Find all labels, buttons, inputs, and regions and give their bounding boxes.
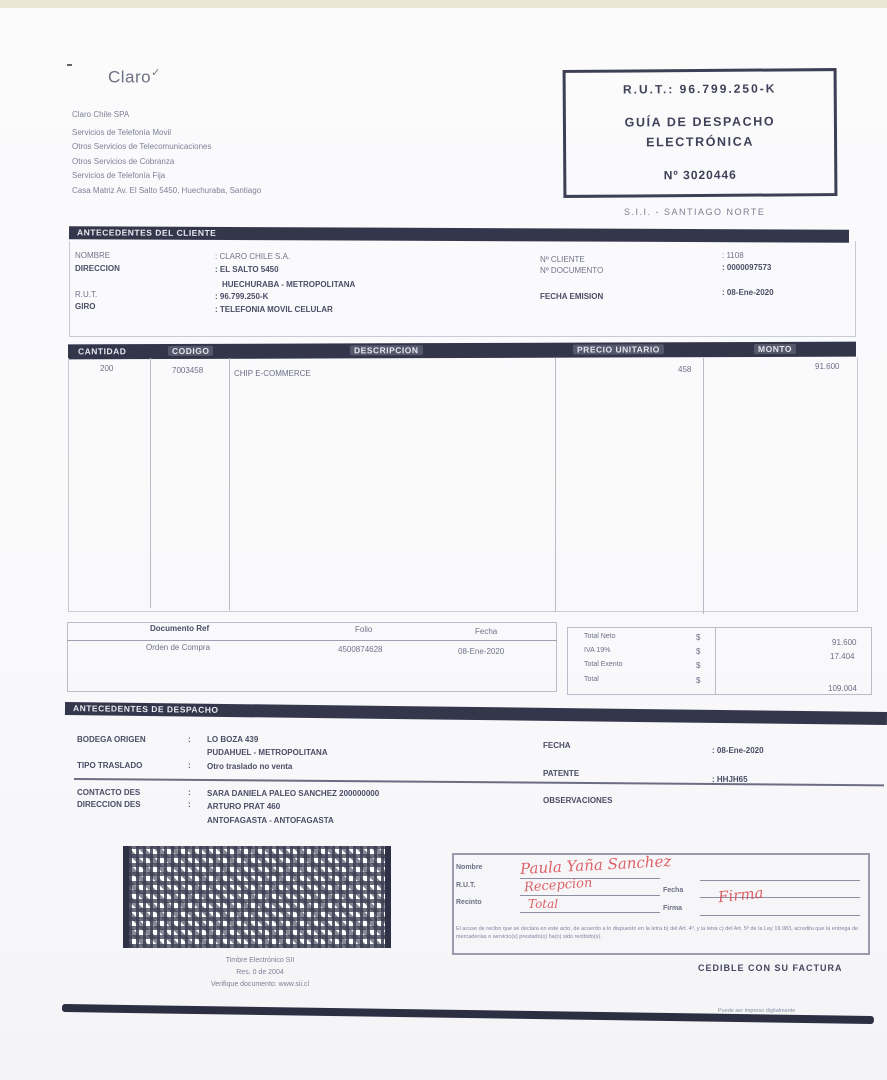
col-divider: [229, 358, 230, 610]
ref-col-fecha: Fecha: [475, 627, 497, 636]
footer-bar: [62, 1004, 874, 1024]
field-underline: [520, 912, 660, 913]
col-cantidad: CANTIDAD: [78, 346, 126, 356]
company-line: Otros Servicios de Telecomunicaciones: [72, 140, 261, 155]
dispatch-divider: [74, 778, 884, 786]
label-fecha-receptor: Fecha: [663, 887, 683, 894]
currency-sign: $: [696, 661, 700, 670]
label-direccion-des: DIRECCION DES: [77, 800, 141, 809]
label-n-cliente: Nº CLIENTE: [540, 255, 585, 264]
section-title: ANTECEDENTES DE DESPACHO: [73, 703, 219, 715]
label-n-documento: Nº DOCUMENTO: [540, 266, 603, 275]
company-line: Servicios de Telefonía Fija: [72, 169, 261, 184]
total-label: Total Neto: [584, 633, 616, 640]
separator: :: [188, 735, 191, 744]
ref-col-folio: Folio: [355, 625, 372, 634]
document-number: Nº 3020446: [566, 167, 834, 183]
value-nombre: : CLARO CHILE S.A.: [215, 252, 290, 261]
value-rut: : 96.799.250-K: [215, 292, 268, 301]
value-direccion-comuna: ANTOFAGASTA - ANTOFAGASTA: [207, 816, 334, 825]
items-table-header: CANTIDAD CODIGO DESCRIPCION PRECIO UNITA…: [68, 342, 856, 360]
timbre-caption: Timbre Electrónico SII Res. 0 de 2004 Ve…: [160, 955, 360, 991]
company-info: Claro Chile SPA Servicios de Telefonía M…: [72, 108, 261, 198]
legal-text: El acuse de recibo que se declara en est…: [456, 925, 861, 941]
label-direccion: DIRECCION: [75, 264, 120, 273]
label-firma: Firma: [663, 905, 682, 912]
cell-codigo: 7003458: [172, 366, 203, 375]
timbre-line: Verifique documento: www.sii.cl: [160, 979, 360, 991]
items-table-body: [68, 358, 858, 612]
company-line: Casa Matriz Av. El Salto 5450, Huechurab…: [72, 184, 261, 199]
total-label: Total: [584, 676, 599, 683]
field-underline: [700, 880, 860, 881]
ref-fecha: 08-Ene-2020: [458, 647, 504, 656]
dispatch-section-header: ANTECEDENTES DE DESPACHO: [65, 702, 887, 725]
separator: :: [188, 800, 191, 809]
total-value: 17.404: [830, 652, 854, 661]
label-fecha: FECHA: [543, 741, 571, 750]
document-id-box: R.U.T.: 96.799.250-K GUÍA DE DESPACHO EL…: [563, 68, 838, 198]
col-codigo: CODIGO: [168, 346, 214, 356]
field-underline: [520, 895, 660, 896]
value-tipo-traslado: Otro traslado no venta: [207, 762, 292, 771]
label-tipo-traslado: TIPO TRASLADO: [77, 761, 142, 770]
label-rut: R.U.T.: [75, 290, 97, 299]
title-line: ELECTRÓNICA: [566, 131, 834, 153]
value-contacto-des: SARA DANIELA PALEO SANCHEZ 200000000: [207, 789, 379, 798]
total-value: 109.004: [828, 684, 857, 693]
col-precio-unitario: PRECIO UNITARIO: [573, 344, 664, 354]
total-label: Total Exento: [584, 661, 623, 668]
logo-text: Claro: [108, 68, 151, 87]
currency-sign: $: [696, 633, 700, 642]
value-n-cliente: : 1108: [722, 251, 744, 260]
value-fecha-emision: : 08-Ene-2020: [722, 288, 774, 297]
company-line: Otros Servicios de Cobranza: [72, 155, 261, 170]
issuer-rut: R.U.T.: 96.799.250-K: [566, 81, 834, 97]
col-divider: [555, 358, 556, 612]
value-direccion-des: ARTURO PRAT 460: [207, 802, 280, 811]
field-underline: [700, 915, 860, 916]
logo-mark-icon: ✓: [151, 67, 161, 79]
ref-folio: 4500874628: [338, 645, 383, 654]
total-label: IVA 19%: [584, 647, 610, 654]
ref-documento: Orden de Compra: [146, 643, 210, 652]
total-value: 91.600: [832, 638, 856, 647]
references-divider: [67, 640, 557, 641]
sii-office: S.I.I. - SANTIAGO NORTE: [624, 207, 765, 217]
label-rut-receptor: R.U.T.: [456, 882, 475, 889]
cell-cantidad: 200: [100, 364, 113, 373]
claro-logo: Claro✓: [108, 66, 161, 88]
title-line: GUÍA DE DESPACHO: [566, 111, 834, 133]
currency-sign: $: [696, 676, 700, 685]
col-descripcion: DESCRIPCION: [350, 345, 423, 355]
company-line: Claro Chile SPA: [72, 108, 261, 123]
totals-divider: [715, 627, 716, 695]
cell-descripcion: CHIP E-COMMERCE: [234, 369, 311, 378]
label-bodega-origen: BODEGA ORIGEN: [77, 735, 146, 744]
cell-precio-unitario: 458: [678, 365, 691, 374]
value-n-documento: : 0000097573: [722, 263, 771, 272]
label-observaciones: OBSERVACIONES: [543, 796, 613, 805]
value-bodega-origen: LO BOZA 439: [207, 735, 258, 744]
currency-sign: $: [696, 647, 700, 656]
value-comuna: HUECHURABA - METROPOLITANA: [222, 280, 355, 289]
separator: :: [188, 761, 191, 770]
timbre-line: Timbre Electrónico SII: [160, 955, 360, 967]
label-fecha-emision: FECHA EMISION: [540, 292, 603, 301]
paper-edge: [0, 0, 887, 8]
timbre-line: Res. 0 de 2004: [160, 967, 360, 979]
label-giro: GIRO: [75, 302, 95, 311]
separator: :: [188, 788, 191, 797]
company-line: Servicios de Telefonía Movil: [72, 126, 261, 141]
value-giro: : TELEFONIA MOVIL CELULAR: [215, 305, 333, 314]
value-bodega-comuna: PUDAHUEL - METROPOLITANA: [207, 748, 328, 757]
value-direccion: : EL SALTO 5450: [215, 265, 279, 274]
cedible-label: CEDIBLE CON SU FACTURA: [698, 963, 843, 973]
label-contacto-des: CONTACTO DES: [77, 788, 140, 797]
footer-note: Puede ser impreso digitalmente: [718, 1008, 795, 1014]
col-divider: [150, 358, 151, 608]
section-title: ANTECEDENTES DEL CLIENTE: [77, 227, 216, 238]
cell-monto: 91.600: [815, 362, 839, 371]
col-divider: [703, 358, 704, 614]
dispatch-guide-document: Claro✓ Claro Chile SPA Servicios de Tele…: [0, 0, 887, 1080]
value-patente: : HHJH65: [712, 775, 748, 784]
label-nombre: NOMBRE: [75, 251, 110, 260]
mark-dot: [67, 64, 72, 66]
value-fecha: : 08-Ene-2020: [712, 746, 764, 755]
document-title: GUÍA DE DESPACHO ELECTRÓNICA: [566, 111, 834, 153]
col-monto: MONTO: [754, 344, 796, 354]
label-patente: PATENTE: [543, 769, 579, 778]
ref-col-documento: Documento Ref: [150, 624, 209, 633]
handwritten-note: Total: [528, 897, 558, 911]
label-recinto: Recinto: [456, 899, 482, 906]
label-nombre-receptor: Nombre: [456, 864, 482, 871]
pdf417-timbre-barcode: [123, 846, 391, 948]
